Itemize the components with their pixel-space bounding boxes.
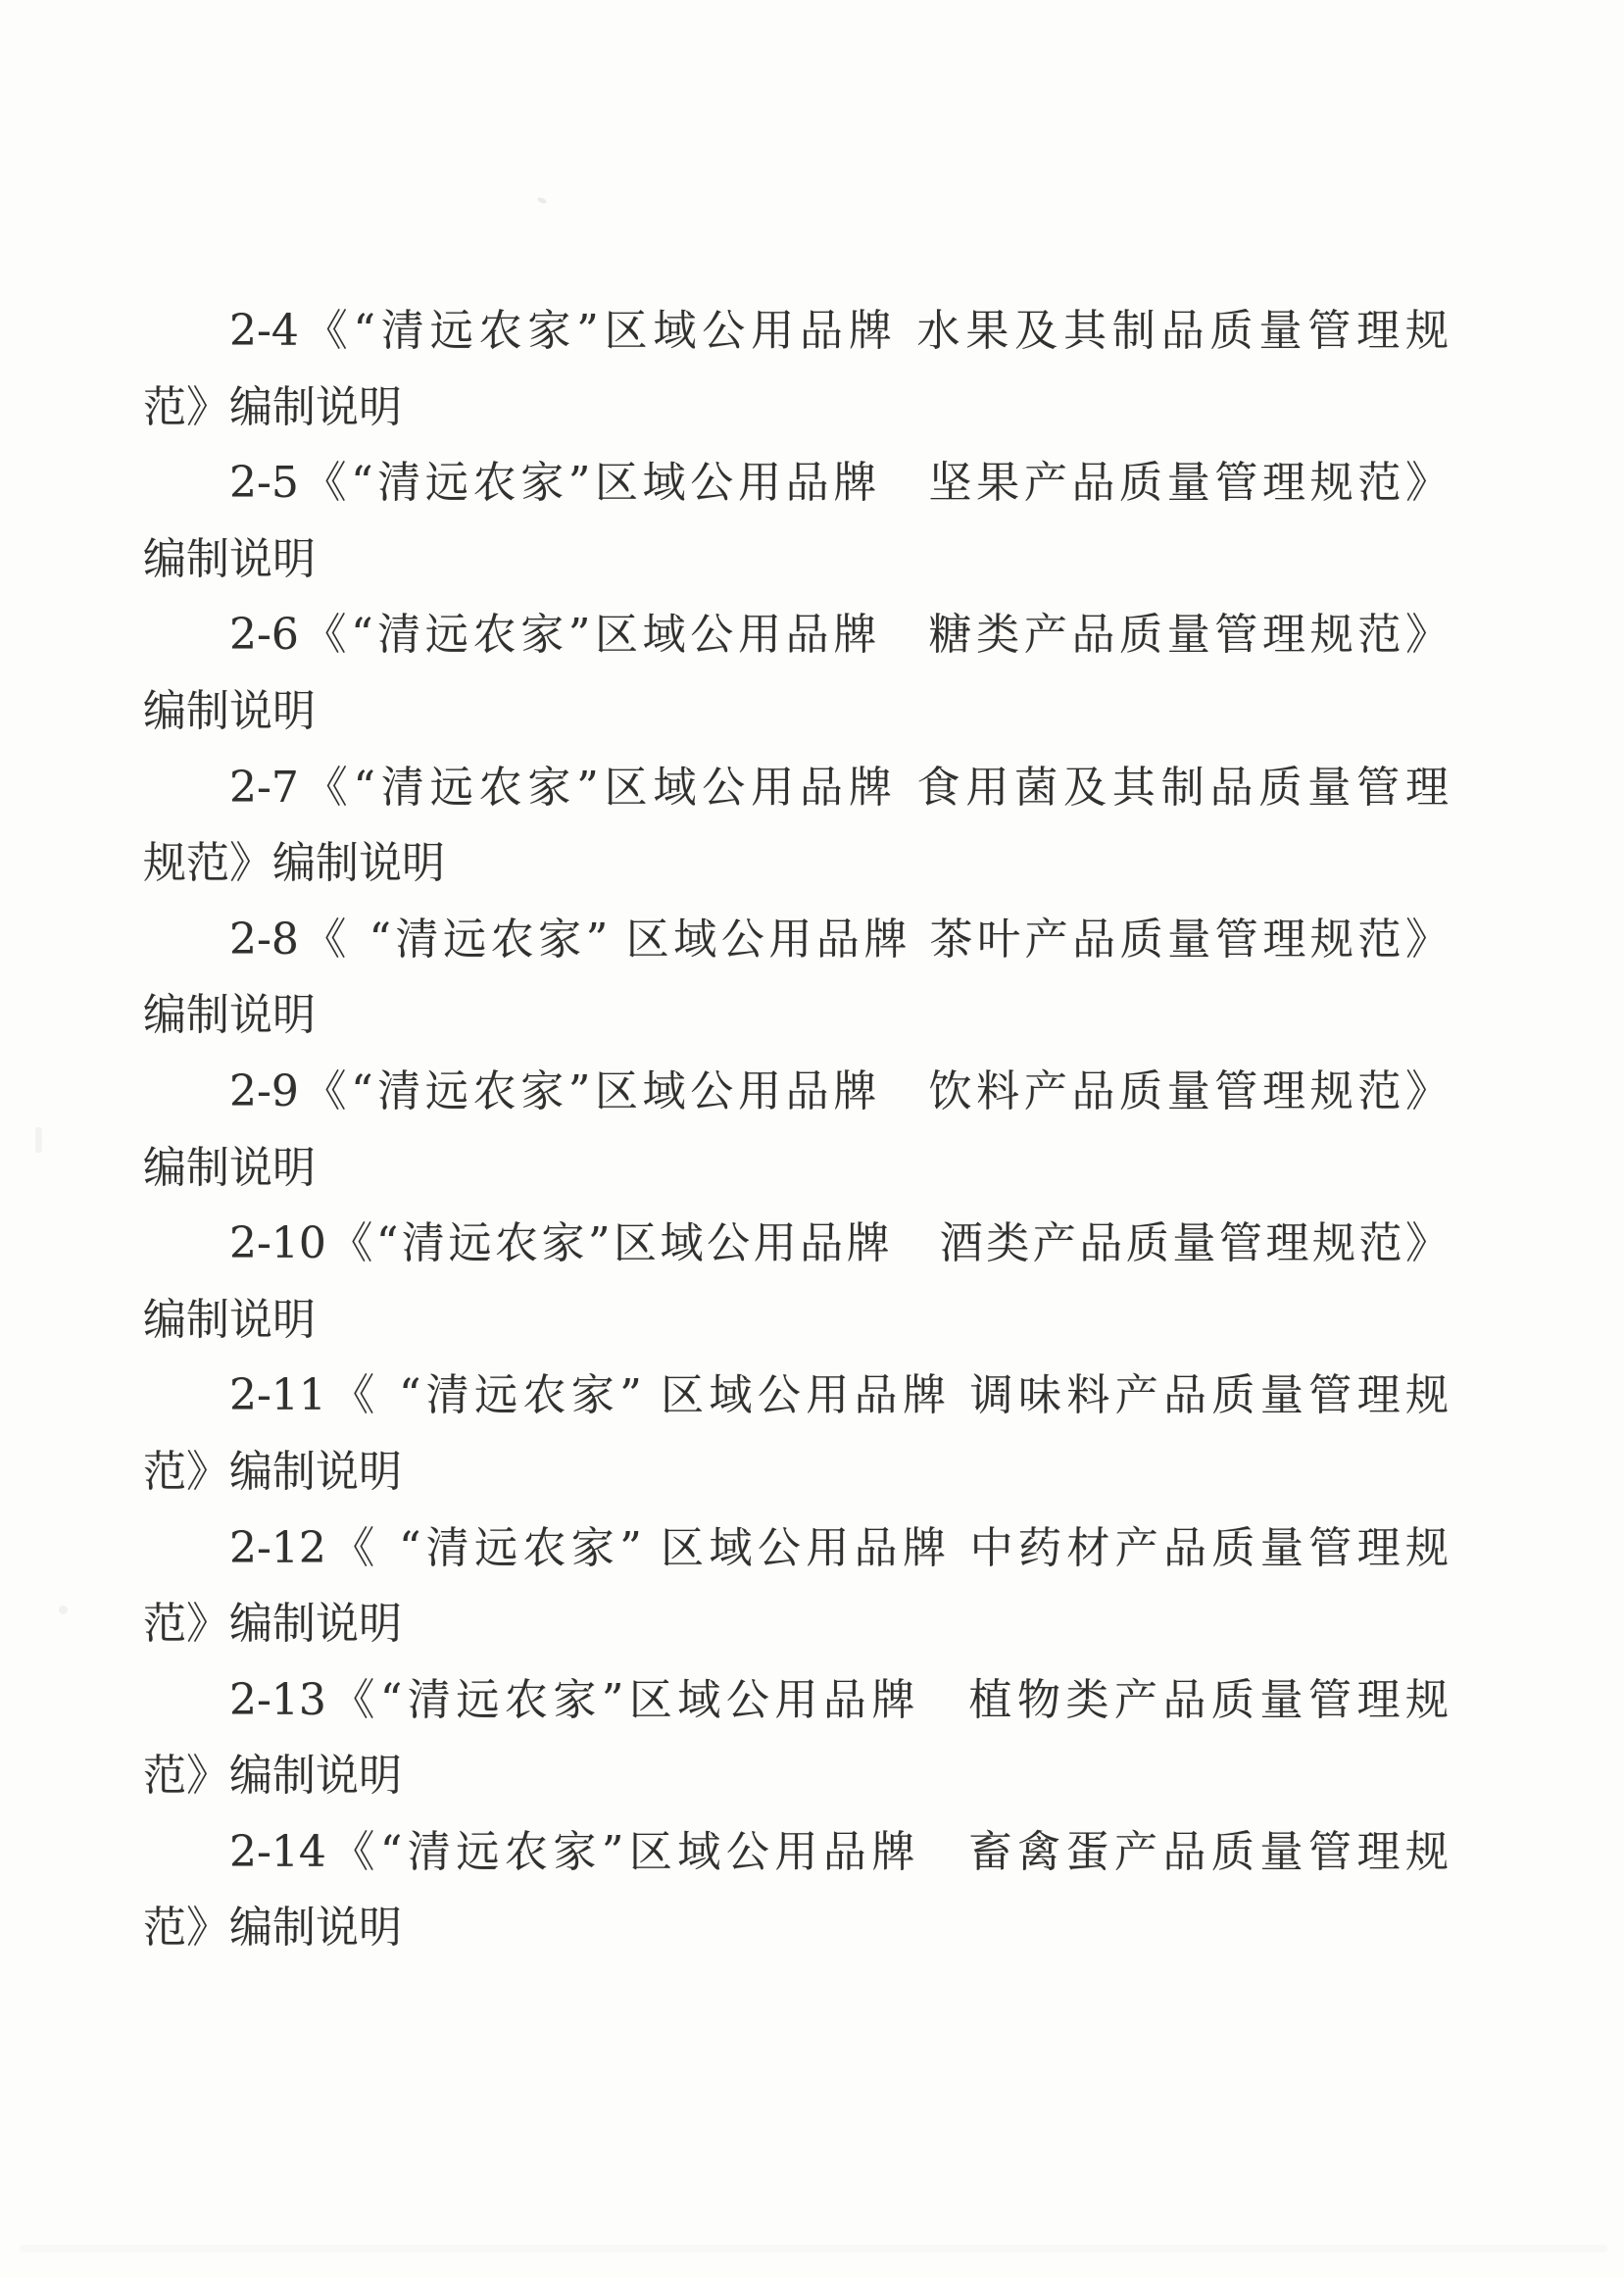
toc-entry-2-7-line-2: 规范》编制说明 (143, 825, 1449, 902)
toc-entry-2-10-line-1: 2-10《“清远农家”区域公用品牌 酒类产品质量管理规范》 (143, 1206, 1449, 1282)
scan-smudge (20, 2245, 1607, 2252)
toc-entry-2-11-line-1: 2-11《 “清远农家” 区域公用品牌 调味料产品质量管理规 (143, 1358, 1449, 1434)
toc-entry-2-12-line-2: 范》编制说明 (143, 1586, 1449, 1662)
toc-list: 2-4《“清远农家”区域公用品牌 水果及其制品质量管理规 范》编制说明 2-5《… (143, 293, 1449, 1966)
toc-entry-2-6-line-1: 2-6《“清远农家”区域公用品牌 糖类产品质量管理规范》 (143, 597, 1449, 673)
toc-entry-2-13-line-1: 2-13《“清远农家”区域公用品牌 植物类产品质量管理规 (143, 1662, 1449, 1739)
toc-entry-2-4-line-1: 2-4《“清远农家”区域公用品牌 水果及其制品质量管理规 (143, 293, 1449, 370)
toc-entry-2-5-line-1: 2-5《“清远农家”区域公用品牌 坚果产品质量管理规范》 (143, 445, 1449, 521)
toc-entry-2-4-line-2: 范》编制说明 (143, 370, 1449, 446)
toc-entry-2-6-line-2: 编制说明 (143, 673, 1449, 750)
toc-entry-2-14-line-2: 范》编制说明 (143, 1890, 1449, 1966)
document-page: 2-4《“清远农家”区域公用品牌 水果及其制品质量管理规 范》编制说明 2-5《… (0, 0, 1624, 2277)
toc-entry-2-8-line-1: 2-8《 “清远农家” 区域公用品牌 茶叶产品质量管理规范》 (143, 902, 1449, 978)
toc-entry-2-7-line-1: 2-7《“清远农家”区域公用品牌 食用菌及其制品质量管理 (143, 750, 1449, 826)
toc-entry-2-10-line-2: 编制说明 (143, 1282, 1449, 1359)
scan-smudge (536, 196, 547, 205)
scan-smudge (35, 1127, 42, 1153)
toc-entry-2-8-line-2: 编制说明 (143, 977, 1449, 1054)
toc-entry-2-13-line-2: 范》编制说明 (143, 1738, 1449, 1814)
toc-entry-2-5-line-2: 编制说明 (143, 521, 1449, 598)
toc-entry-2-11-line-2: 范》编制说明 (143, 1434, 1449, 1510)
toc-entry-2-9-line-1: 2-9《“清远农家”区域公用品牌 饮料产品质量管理规范》 (143, 1054, 1449, 1130)
scan-smudge (59, 1606, 68, 1614)
toc-entry-2-9-line-2: 编制说明 (143, 1130, 1449, 1207)
toc-entry-2-14-line-1: 2-14《“清远农家”区域公用品牌 畜禽蛋产品质量管理规 (143, 1814, 1449, 1891)
toc-entry-2-12-line-1: 2-12《 “清远农家” 区域公用品牌 中药材产品质量管理规 (143, 1510, 1449, 1587)
